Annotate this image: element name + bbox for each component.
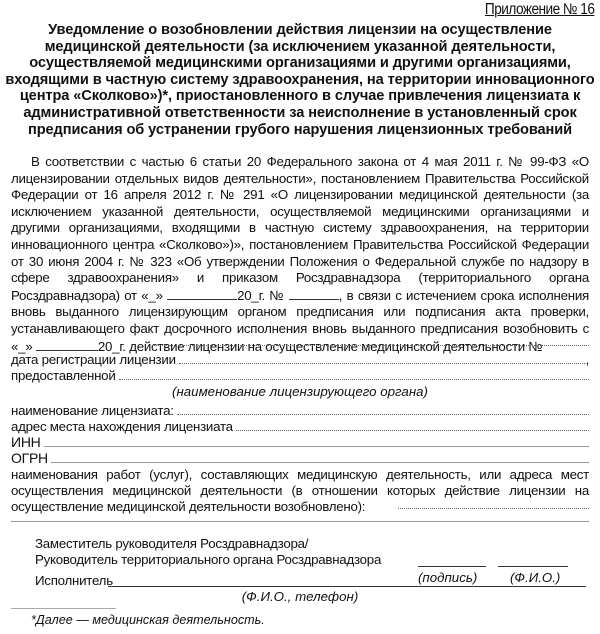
licensee-name-field: наименование лицензиата: (11, 402, 589, 418)
executor-line[interactable] (108, 586, 586, 587)
granted-by-field: предоставленной (11, 367, 589, 383)
ogrn-input[interactable] (51, 462, 589, 463)
document-page: Приложение № 16 Уведомление о возобновле… (0, 0, 600, 634)
resume-date-blank[interactable] (36, 338, 98, 351)
license-number-line[interactable] (152, 345, 589, 346)
body-paragraph: В соответствии с частью 6 статьи 20 Феде… (11, 154, 589, 355)
works-input-line-2[interactable] (11, 521, 589, 522)
registration-date-field: дата регистрации лицензии , (11, 351, 589, 367)
footnote: *Далее — медицинская деятельность. (31, 613, 265, 627)
works-input-line[interactable] (398, 508, 589, 509)
document-title: Уведомление о возобновлении действия лиц… (4, 22, 596, 138)
inn-input[interactable] (44, 446, 589, 447)
executor-caption: (Ф.И.О., телефон) (0, 589, 600, 604)
name-line[interactable] (498, 566, 568, 567)
licensee-address-field: адрес места нахождения лицензиата (11, 418, 589, 434)
order-number-blank[interactable] (289, 287, 339, 300)
ogrn-field: ОГРН (11, 450, 589, 466)
signature-line[interactable] (418, 566, 486, 567)
licensee-address-input[interactable] (236, 430, 589, 431)
executor-label: Исполнитель (35, 573, 113, 589)
granted-by-caption: (наименование лицензирующего органа) (0, 384, 600, 399)
appendix-number: Приложение № 16 (485, 1, 594, 19)
signatory-position-2: Руководитель территориального органа Рос… (35, 552, 381, 568)
signature-caption: (подпись) (418, 570, 477, 585)
licensee-name-input[interactable] (177, 414, 589, 415)
granted-by-input[interactable] (119, 379, 589, 380)
order-date-blank[interactable] (167, 287, 237, 300)
body-text-1: В соответствии с частью 6 статьи 20 Феде… (11, 154, 589, 303)
signatory-position-1: Заместитель руководителя Росздравнадзора… (35, 536, 308, 552)
footnote-divider (11, 608, 116, 609)
body-text-2: 20_г. № (237, 288, 284, 303)
inn-field: ИНН (11, 434, 589, 450)
name-caption: (Ф.И.О.) (510, 570, 560, 585)
registration-date-input[interactable] (179, 363, 585, 364)
